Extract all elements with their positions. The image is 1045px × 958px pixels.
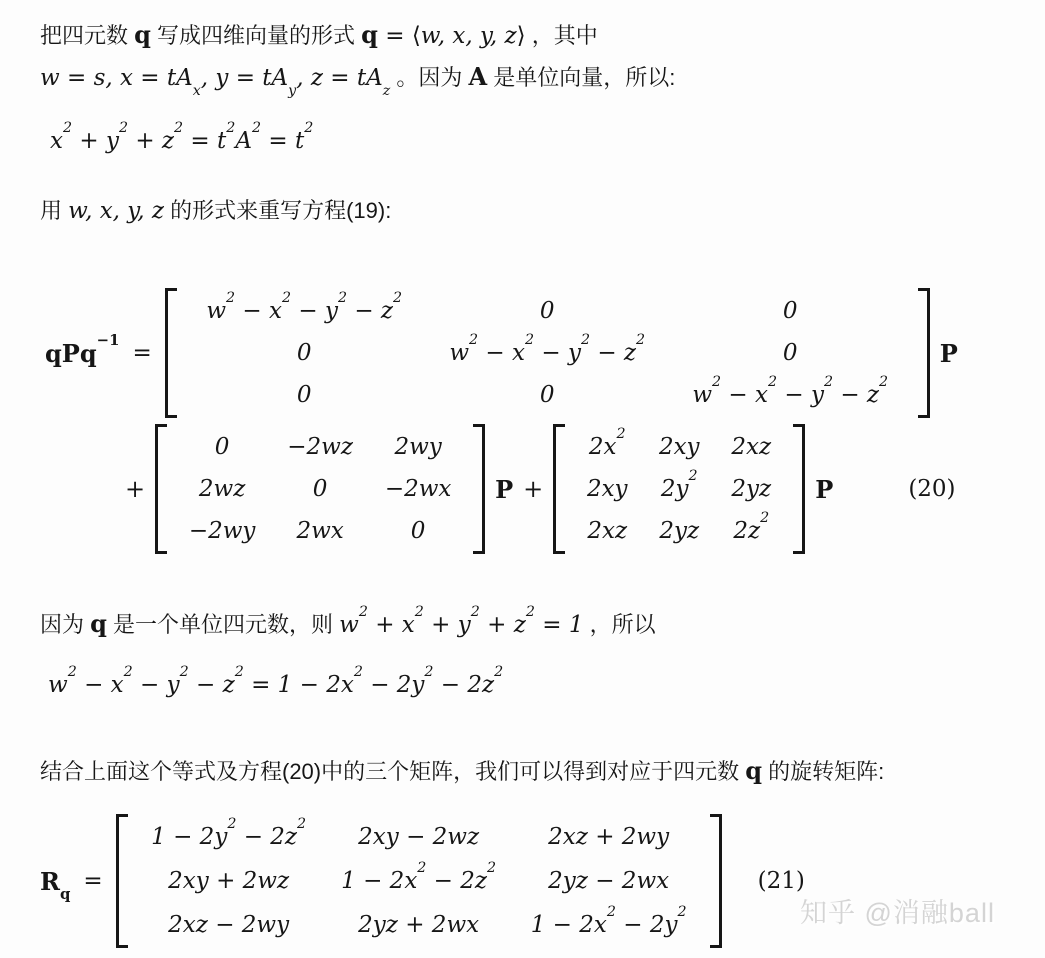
text-run: ，其中 bbox=[526, 23, 598, 48]
vector-P-bold: P bbox=[495, 475, 513, 504]
matrix-cell: 2z2 bbox=[733, 516, 769, 546]
matrix-cell: −2wz bbox=[287, 432, 353, 462]
matrix-cell: 0 bbox=[297, 380, 312, 410]
equation-number-20: (20) bbox=[908, 476, 955, 502]
matrix-cell: −2wy bbox=[189, 516, 256, 546]
matrix-cell: 0 bbox=[540, 296, 555, 326]
intro-paragraph-line1: 把四元数 q 写成四维向量的形式 q = ⟨w, x, y, z⟩ ，其中 bbox=[40, 14, 598, 60]
matrix-cell: 2yz − 2wx bbox=[548, 866, 669, 896]
matrix-cell: 2wz bbox=[199, 474, 245, 504]
matrix-cell: 2y2 bbox=[661, 474, 698, 504]
matrix-bracket-right bbox=[710, 814, 722, 948]
matrix-outer-product-term: 2x22xy2xz2xy2y22yz2xz2yz2z2 bbox=[553, 424, 805, 554]
matrix-bracket-right bbox=[793, 424, 805, 554]
equation-21: Rq = 1 − 2y2 − 2z22xy − 2wz2xz + 2wy2xy … bbox=[40, 814, 805, 948]
text-run: 用 bbox=[40, 198, 68, 223]
math-run: w, x, y, z bbox=[68, 198, 164, 224]
equation-20-line2: + 0−2wz2wy2wz0−2wx−2wy2wx0 P + 2x22xy2xz… bbox=[45, 424, 958, 554]
math-q-bold: q bbox=[134, 20, 151, 49]
equals-sign: = bbox=[83, 868, 102, 894]
matrix-bracket-left bbox=[116, 814, 128, 948]
math-q-bold: q bbox=[745, 756, 762, 785]
formula-unit-vector: x2 + y2 + z2 = t2A2 = t2 bbox=[50, 128, 313, 154]
matrix-cell: 2xz − 2wy bbox=[168, 910, 289, 940]
lhs-rotation-matrix-Rq: Rq bbox=[40, 867, 70, 896]
intro-paragraph-line2: w = s, x = tAx, y = tAy, z = tAz 。因为 A 是… bbox=[40, 56, 675, 102]
text-run: 写成四维向量的形式 bbox=[151, 23, 361, 48]
matrix-cell: 2x2 bbox=[589, 432, 626, 462]
matrix-cell: 2xy bbox=[659, 432, 700, 462]
matrix-cell: 2xz bbox=[731, 432, 771, 462]
text-run: 是一个单位四元数，则 bbox=[107, 612, 339, 637]
math-run: w2 − x2 − y2 − z2 = 1 − 2x2 − 2y2 − 2z2 bbox=[48, 672, 503, 698]
matrix-skew-term: 0−2wz2wy2wz0−2wx−2wy2wx0 bbox=[155, 424, 485, 554]
equation-number-21: (21) bbox=[758, 868, 805, 894]
plus-sign: + bbox=[523, 475, 543, 503]
math-run: ⟩ bbox=[517, 23, 526, 49]
text-run: 是单位向量，所以: bbox=[487, 65, 675, 90]
matrix-cell: 0 bbox=[540, 380, 555, 410]
rotation-matrix: 1 − 2y2 − 2z22xy − 2wz2xz + 2wy2xy + 2wz… bbox=[116, 814, 722, 948]
matrix-cell: 2yz bbox=[731, 474, 771, 504]
math-A-bold: A bbox=[468, 62, 487, 91]
matrix-cell: 2xy − 2wz bbox=[358, 822, 479, 852]
matrix-cell: w2 − x2 − y2 − z2 bbox=[206, 296, 402, 326]
matrix-cell: 0 bbox=[313, 474, 328, 504]
unit-quaternion-paragraph: 因为 q 是一个单位四元数，则 w2 + x2 + y2 + z2 = 1 ，所… bbox=[40, 603, 656, 649]
matrix-bracket-left bbox=[165, 288, 177, 418]
matrix-bracket-right bbox=[918, 288, 930, 418]
matrix-cell: 0 bbox=[783, 338, 798, 368]
matrix-cell: w2 − x2 − y2 − z2 bbox=[449, 338, 645, 368]
text-run: 因为 bbox=[40, 612, 90, 637]
formula-identity-substitution: w2 − x2 − y2 − z2 = 1 − 2x2 − 2y2 − 2z2 bbox=[48, 672, 503, 698]
text-run: 的旋转矩阵: bbox=[762, 759, 884, 784]
matrix-cell: 2xy bbox=[587, 474, 628, 504]
text-run: 。因为 bbox=[390, 65, 468, 90]
text-run: 结合上面这个等式及方程(20)中的三个矩阵，我们可以得到对应于四元数 bbox=[40, 759, 745, 784]
matrix-cell: −2wx bbox=[385, 474, 452, 504]
matrix-bracket-left bbox=[553, 424, 565, 554]
matrix-cell: 2xz bbox=[587, 516, 627, 546]
matrix-cell: 0 bbox=[297, 338, 312, 368]
text-run: ，所以 bbox=[583, 612, 655, 637]
equation-20-line1: qPq−1 = w2 − x2 − y2 − z2000w2 − x2 − y2… bbox=[45, 288, 958, 418]
math-run: x2 + y2 + z2 = t2A2 = t2 bbox=[50, 128, 313, 154]
matrix-cell: 1 − 2x2 − 2z2 bbox=[341, 866, 496, 896]
matrix-cell: 2wx bbox=[296, 516, 343, 546]
zhihu-watermark: 知乎 @消融ball bbox=[800, 891, 995, 930]
matrix-cell: 0 bbox=[411, 516, 426, 546]
matrix-cell: 2yz bbox=[659, 516, 699, 546]
vector-P-bold: P bbox=[815, 475, 833, 504]
equals-sign: = bbox=[132, 340, 151, 366]
matrix-diagonal-term: w2 − x2 − y2 − z2000w2 − x2 − y2 − z2000… bbox=[165, 288, 930, 418]
matrix-cell: 2xz + 2wy bbox=[548, 822, 669, 852]
matrix-cell: w2 − x2 − y2 − z2 bbox=[692, 380, 888, 410]
matrix-cell: 2xy + 2wz bbox=[168, 866, 289, 896]
matrix-cell: 2wy bbox=[394, 432, 441, 462]
plus-sign: + bbox=[125, 475, 145, 503]
matrix-cell: 1 − 2y2 − 2z2 bbox=[151, 822, 306, 852]
matrix-bracket-right bbox=[473, 424, 485, 554]
math-run: = ⟨ bbox=[378, 23, 421, 49]
text-run: 的形式来重写方程(19): bbox=[164, 198, 391, 223]
matrix-cell: 1 − 2x2 − 2y2 bbox=[531, 910, 687, 940]
matrix-cell: 2yz + 2wx bbox=[358, 910, 479, 940]
math-q-bold: q bbox=[90, 609, 107, 638]
text-run: 把四元数 bbox=[40, 23, 134, 48]
vector-P-bold: P bbox=[940, 339, 958, 368]
rewrite-equation-paragraph: 用 w, x, y, z 的形式来重写方程(19): bbox=[40, 190, 391, 235]
matrix-cell: 0 bbox=[783, 296, 798, 326]
math-q-bold: q bbox=[361, 20, 378, 49]
math-run: w = s, x = tAx, y = tAy, z = tAz bbox=[40, 65, 390, 91]
equation-21-line: Rq = 1 − 2y2 − 2z22xy − 2wz2xz + 2wy2xy … bbox=[40, 814, 805, 948]
math-run: w2 + x2 + y2 + z2 = 1 bbox=[339, 612, 583, 638]
matrix-bracket-left bbox=[155, 424, 167, 554]
math-run: w, x, y, z bbox=[421, 23, 517, 49]
equation-20: qPq−1 = w2 − x2 − y2 − z2000w2 − x2 − y2… bbox=[45, 288, 958, 554]
matrix-cell: 0 bbox=[215, 432, 230, 462]
article-page: 把四元数 q 写成四维向量的形式 q = ⟨w, x, y, z⟩ ，其中 w … bbox=[0, 0, 1045, 958]
conclusion-paragraph: 结合上面这个等式及方程(20)中的三个矩阵，我们可以得到对应于四元数 q 的旋转… bbox=[40, 750, 884, 796]
lhs-qPq-inverse: qPq−1 bbox=[45, 339, 119, 368]
